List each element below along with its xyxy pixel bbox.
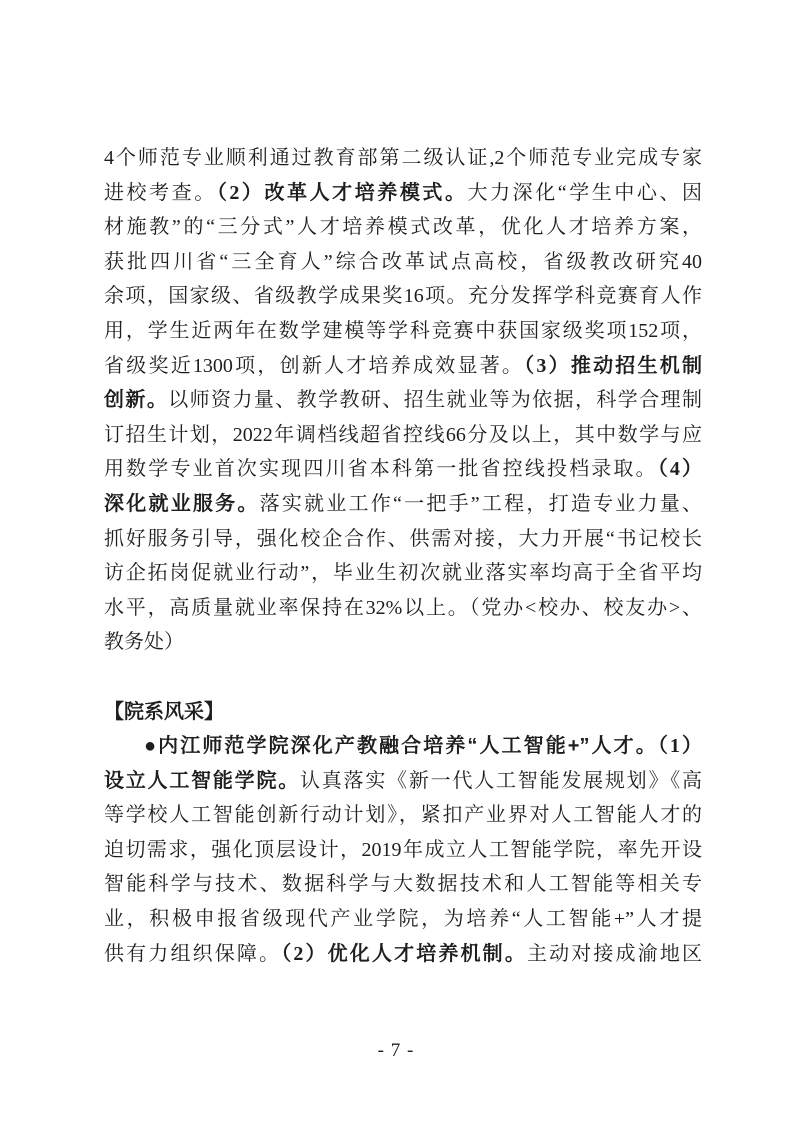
text-run: 业，积极申报省级现代产业学院，为培养“人工智能+”人才提 bbox=[104, 908, 702, 930]
text-run: 材施教”的“三分式”人才培养模式改革，优化人才培养方案， bbox=[104, 216, 702, 238]
text-run: 省级奖近1300项，创新人才培养成效显著。 bbox=[104, 355, 524, 377]
text-run: 4个师范专业顺利通过教育部第二级认证,2个师范专业完成专家 bbox=[104, 147, 702, 169]
document-page: 4个师范专业顺利通过教育部第二级认证,2个师范专业完成专家进校考查。（2）改革人… bbox=[0, 0, 792, 1121]
text-run: 访企拓岗促就业行动”，毕业生初次就业落实率均高于全省平均 bbox=[104, 562, 702, 584]
document-body: 4个师范专业顺利通过教育部第二级认证,2个师范专业完成专家进校考查。（2）改革人… bbox=[104, 141, 702, 971]
text-run: （2）改革人才培养模式。 bbox=[217, 182, 468, 204]
text-run: 大力深化“学生中心、因 bbox=[468, 182, 702, 204]
body-line: 进校考查。（2）改革人才培养模式。大力深化“学生中心、因 bbox=[104, 176, 702, 211]
body-line: 等学校人工智能创新行动计划》，紧扣产业界对人工智能人才的 bbox=[104, 798, 702, 833]
bullet-icon: ● bbox=[144, 735, 158, 757]
body-line: 教务处） bbox=[104, 625, 702, 660]
section-heading: 【院系风采】 bbox=[104, 695, 702, 730]
body-line: 业，积极申报省级现代产业学院，为培养“人工智能+”人才提 bbox=[104, 902, 702, 937]
body-line: 省级奖近1300项，创新人才培养成效显著。（3）推动招生机制 bbox=[104, 349, 702, 384]
body-line: 深化就业服务。落实就业工作“一把手”工程，打造专业力量、 bbox=[104, 487, 702, 522]
text-run: 以师资力量、教学教研、招生就业等为依据，科学合理制 bbox=[168, 389, 702, 411]
text-run: 内江师范学院深化产教融合培养“人工智能+”人才。 bbox=[158, 735, 658, 757]
body-line: 智能科学与技术、数据科学与大数据技术和人工智能等相关专 bbox=[104, 867, 702, 902]
body-line: 设立人工智能学院。认真落实《新一代人工智能发展规划》《高 bbox=[104, 764, 702, 799]
text-run: 用数学专业首次实现四川省本科第一批省控线投档录取。 bbox=[104, 458, 658, 480]
text-run: 订招生计划，2022年调档线超省控线66分及以上，其中数学与应 bbox=[104, 424, 702, 446]
body-line: 材施教”的“三分式”人才培养模式改革，优化人才培养方案， bbox=[104, 210, 702, 245]
body-line: 访企拓岗促就业行动”，毕业生初次就业落实率均高于全省平均 bbox=[104, 556, 702, 591]
text-run: （4） bbox=[658, 458, 702, 480]
blank-line bbox=[104, 660, 702, 695]
body-line: 用，学生近两年在数学建模等学科竞赛中获国家级奖项152项， bbox=[104, 314, 702, 349]
body-line: 订招生计划，2022年调档线超省控线66分及以上，其中数学与应 bbox=[104, 418, 702, 453]
text-run: 供有力组织保障。 bbox=[104, 943, 281, 965]
body-line: 水平，高质量就业率保持在32%以上。（党办<校办、校友办>、 bbox=[104, 591, 702, 626]
text-run: 主动对接成渝地区 bbox=[527, 943, 702, 965]
text-run: 设立人工智能学院。 bbox=[104, 770, 300, 792]
text-run: 智能科学与技术、数据科学与大数据技术和人工智能等相关专 bbox=[104, 873, 702, 895]
text-run: 等学校人工智能创新行动计划》，紧扣产业界对人工智能人才的 bbox=[104, 804, 702, 826]
text-run: 获批四川省“三全育人”综合改革试点高校，省级教改研究40 bbox=[104, 251, 702, 273]
text-run: 水平，高质量就业率保持在32%以上。（党办<校办、校友办>、 bbox=[104, 597, 702, 619]
body-line: 迫切需求，强化顶层设计，2019年成立人工智能学院，率先开设 bbox=[104, 833, 702, 868]
text-run: （3）推动招生机制 bbox=[524, 355, 702, 377]
text-run: 教务处） bbox=[104, 631, 184, 653]
body-line: 用数学专业首次实现四川省本科第一批省控线投档录取。（4） bbox=[104, 452, 702, 487]
body-line: 余项，国家级、省级教学成果奖16项。充分发挥学科竞赛育人作 bbox=[104, 279, 702, 314]
body-line: 4个师范专业顺利通过教育部第二级认证,2个师范专业完成专家 bbox=[104, 141, 702, 176]
text-run: 【院系风采】 bbox=[104, 701, 224, 723]
text-run: 认真落实《新一代人工智能发展规划》《高 bbox=[300, 770, 702, 792]
body-line: 供有力组织保障。（2）优化人才培养机制。主动对接成渝地区 bbox=[104, 937, 702, 972]
body-line: 创新。以师资力量、教学教研、招生就业等为依据，科学合理制 bbox=[104, 383, 702, 418]
text-run: 用，学生近两年在数学建模等学科竞赛中获国家级奖项152项， bbox=[104, 320, 702, 342]
text-run: （1） bbox=[658, 735, 702, 757]
text-run: （2）优化人才培养机制。 bbox=[281, 943, 527, 965]
text-run: 余项，国家级、省级教学成果奖16项。充分发挥学科竞赛育人作 bbox=[104, 285, 702, 307]
text-run: 抓好服务引导，强化校企合作、供需对接，大力开展“书记校长 bbox=[104, 528, 702, 550]
body-line: 抓好服务引导，强化校企合作、供需对接，大力开展“书记校长 bbox=[104, 522, 702, 557]
text-run: 深化就业服务。 bbox=[104, 493, 260, 515]
text-run: 进校考查。 bbox=[104, 182, 217, 204]
bullet-line: ●内江师范学院深化产教融合培养“人工智能+”人才。（1） bbox=[104, 729, 702, 764]
body-line: 获批四川省“三全育人”综合改革试点高校，省级教改研究40 bbox=[104, 245, 702, 280]
page-number: - 7 - bbox=[0, 1040, 792, 1062]
text-run: 创新。 bbox=[104, 389, 168, 411]
text-run: 迫切需求，强化顶层设计，2019年成立人工智能学院，率先开设 bbox=[104, 839, 702, 861]
text-run: 落实就业工作“一把手”工程，打造专业力量、 bbox=[260, 493, 702, 515]
